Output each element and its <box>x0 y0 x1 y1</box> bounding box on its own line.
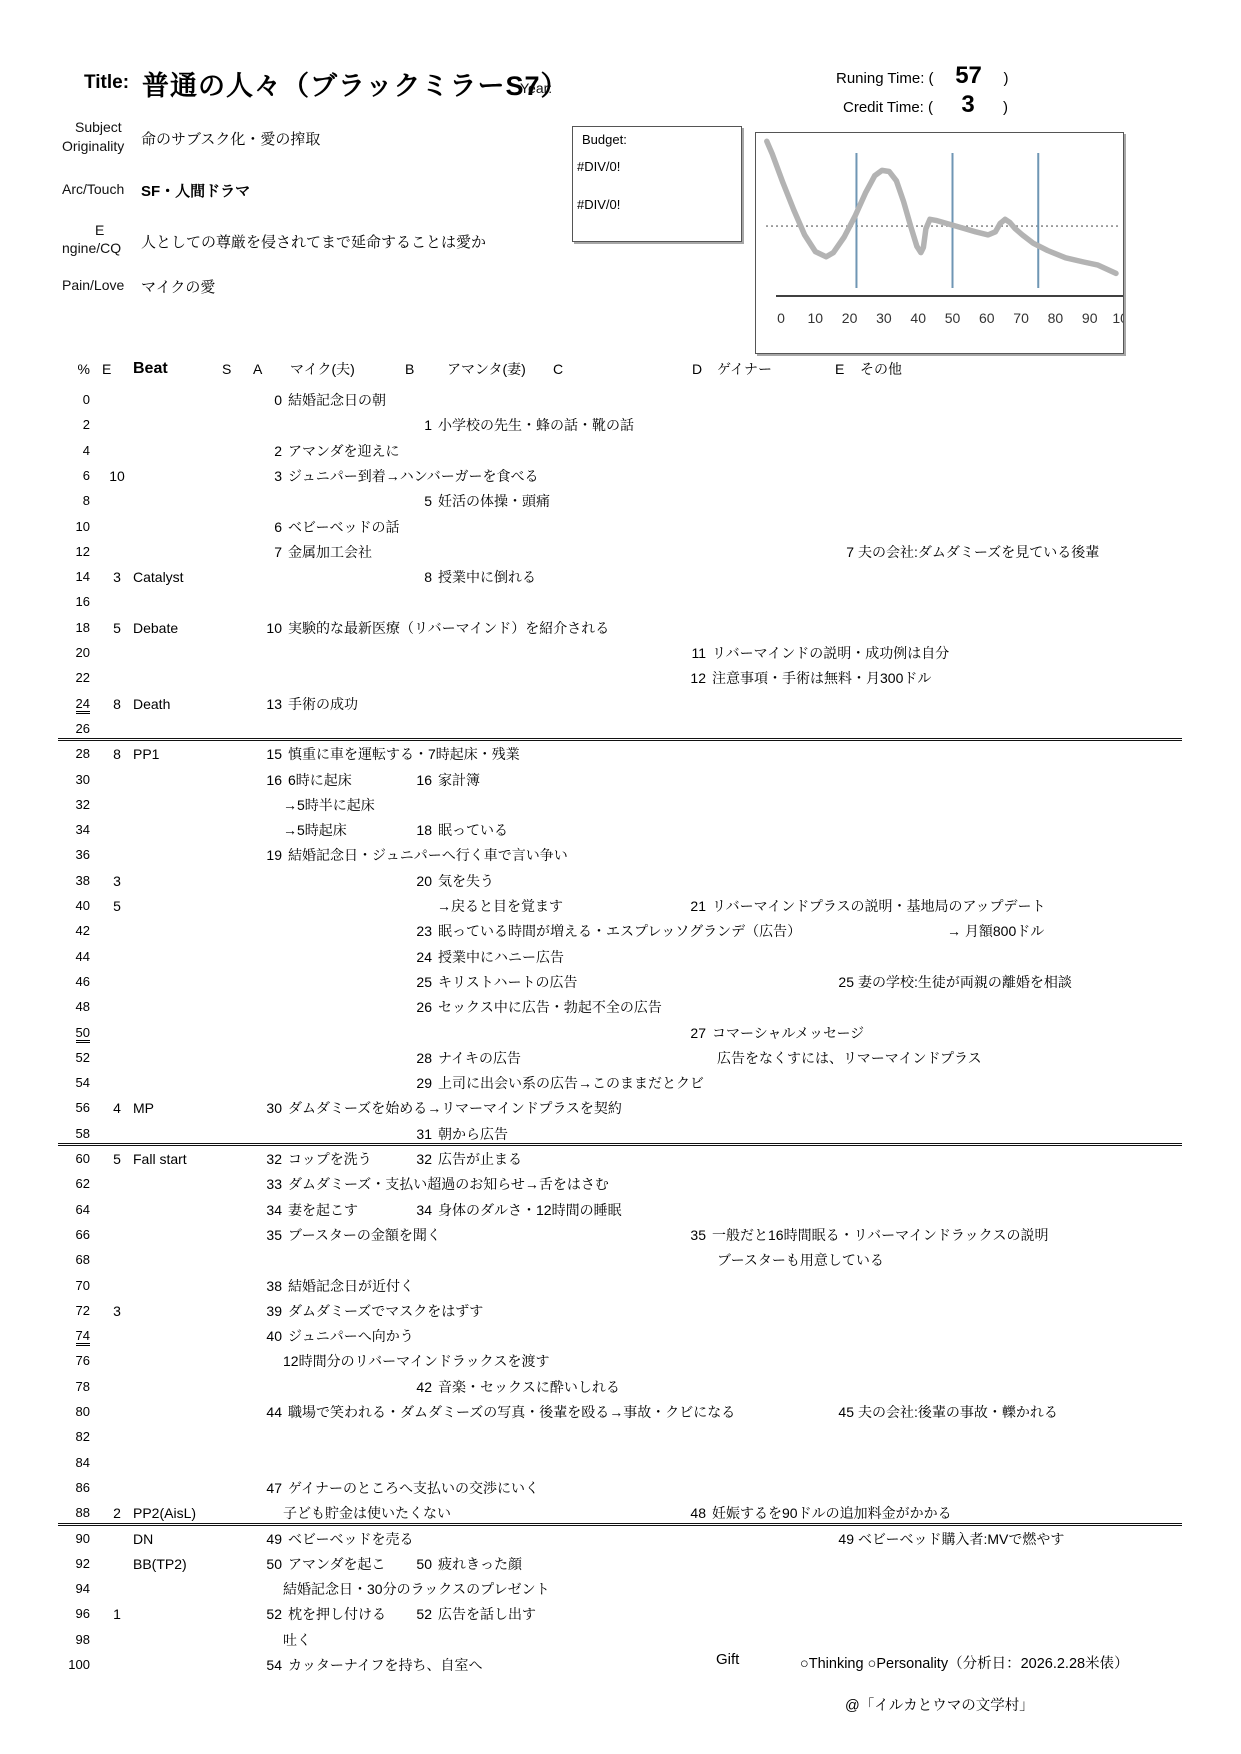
cell-number: 7 <box>824 541 854 563</box>
row-percent: 48 <box>58 996 90 1018</box>
table-row: 68ブースターも用意している <box>0 1249 1241 1271</box>
row-percent-value: 100 <box>68 1657 90 1672</box>
row-percent-value: 70 <box>76 1278 90 1293</box>
row-percent-value: 26 <box>76 721 90 736</box>
row-percent-value: 12 <box>76 544 90 559</box>
cell-a: ブースターの金額を聞く <box>288 1224 441 1246</box>
cell-b: 上司に出会い系の広告→このままだとクビ <box>438 1072 704 1094</box>
cell-b: 音楽・セックスに酔いしれる <box>438 1376 620 1398</box>
table-row: 85妊活の体操・頭痛 <box>0 490 1241 512</box>
table-row: 8044職場で笑われる・ダムダミーズの写真・後輩を殴る→事故・クビになる45夫の… <box>0 1401 1241 1423</box>
cell-b: 眠っている <box>438 819 508 841</box>
row-percent-value: 64 <box>76 1202 90 1217</box>
cell-d: リバーマインドの説明・成功例は自分 <box>712 642 949 664</box>
cell-a: ベビーベッドを売る <box>288 1528 413 1550</box>
cell-d: 妊娠するを90ドルの追加料金がかかる <box>712 1502 952 1524</box>
table-row: 248Death13手術の成功 <box>0 693 1241 715</box>
table-row: 7440ジュニパーへ向かう <box>0 1325 1241 1347</box>
cell-number: 42 <box>404 1376 432 1398</box>
row-percent-value: 90 <box>76 1531 90 1546</box>
row-percent: 74 <box>58 1325 90 1347</box>
row-percent: 18 <box>58 617 90 639</box>
cell-d: 一般だと16時間眠る・リバーマインドラックスの説明 <box>712 1224 1048 1246</box>
cell-number: 34 <box>254 1199 282 1221</box>
row-percent: 86 <box>58 1477 90 1499</box>
cell-number: 18 <box>404 819 432 841</box>
cell-b: 疲れきった顔 <box>438 1553 522 1575</box>
row-percent: 24 <box>58 693 90 715</box>
cell-a: ダムダミーズ・支払い超過のお知らせ→舌をはさむ <box>288 1173 609 1195</box>
row-percent: 66 <box>58 1224 90 1246</box>
row-percent: 98 <box>58 1629 90 1651</box>
column-header: A <box>253 358 262 380</box>
cell-b: 気を失う <box>438 870 494 892</box>
credit-time-close: ) <box>1003 99 1008 116</box>
row-beat-label: MP <box>133 1097 154 1119</box>
cell-number: 32 <box>254 1148 282 1170</box>
row-percent-value: 62 <box>76 1176 90 1191</box>
table-row: 4223眠っている時間が増える・エスプレッソグランデ（広告）→ 月額800ドル <box>0 920 1241 942</box>
row-percent: 34 <box>58 819 90 841</box>
cell-d: 注意事項・手術は無料・月300ドル <box>712 667 931 689</box>
row-percent: 84 <box>58 1452 90 1474</box>
column-header: Beat <box>133 358 168 380</box>
cell-number: 6 <box>254 516 282 538</box>
row-percent: 22 <box>58 667 90 689</box>
row-percent: 32 <box>58 794 90 816</box>
cell-bi: →戻ると目を覚ます <box>437 895 563 917</box>
engine-label-2: ngine/CQ <box>62 240 121 256</box>
cell-number: 20 <box>404 870 432 892</box>
row-percent-value: 50 <box>76 1025 90 1043</box>
cell-ai: 子ども貯金は使いたくない <box>283 1502 451 1524</box>
table-row: 32→5時半に起床 <box>0 794 1241 816</box>
chart-x-tick-label: 100 <box>1112 310 1124 326</box>
cell-a: 結婚記念日の朝 <box>288 389 386 411</box>
row-percent-value: 44 <box>76 949 90 964</box>
row-percent: 28 <box>58 743 90 765</box>
cell-number: 0 <box>254 389 282 411</box>
engine-value: 人としての尊厳を侵されてまで延命することは愛か <box>141 231 486 252</box>
table-row: 26 <box>0 718 1241 740</box>
row-percent: 52 <box>58 1047 90 1069</box>
row-percent-value: 52 <box>76 1050 90 1065</box>
cell-di: ブースターも用意している <box>717 1249 884 1271</box>
chart-x-tick-label: 50 <box>945 310 961 326</box>
row-percent-value: 84 <box>76 1455 90 1470</box>
table-row: 5228ナイキの広告広告をなくすには、リマーマインドプラス <box>0 1047 1241 1069</box>
cell-number: 40 <box>254 1325 282 1347</box>
cell-number: 47 <box>254 1477 282 1499</box>
cell-a: ダムダミーズでマスクをはずす <box>288 1300 483 1322</box>
cell-a: 金属加工会社 <box>288 541 372 563</box>
row-percent-value: 60 <box>76 1151 90 1166</box>
row-percent: 58 <box>58 1123 90 1145</box>
budget-value-2: #DIV/0! <box>577 197 620 212</box>
row-intensity: 4 <box>102 1097 132 1119</box>
cell-b: 妊活の体操・頭痛 <box>438 490 550 512</box>
row-percent: 44 <box>58 946 90 968</box>
row-intensity: 3 <box>102 870 132 892</box>
cell-number: 32 <box>404 1148 432 1170</box>
cell-b: 授業中に倒れる <box>438 566 536 588</box>
table-row: 2212注意事項・手術は無料・月300ドル <box>0 667 1241 689</box>
row-percent-value: 8 <box>83 493 90 508</box>
cell-a: ジュニパーへ向かう <box>288 1325 414 1347</box>
row-percent-value: 58 <box>76 1126 90 1141</box>
cell-number: 2 <box>254 440 282 462</box>
cell-b: キリストハートの広告 <box>438 971 577 993</box>
column-header: % <box>58 358 90 380</box>
row-beat-label: Death <box>133 693 170 715</box>
row-percent-value: 56 <box>76 1100 90 1115</box>
cell-number: 50 <box>404 1553 432 1575</box>
cell-number: 35 <box>254 1224 282 1246</box>
cell-b: ナイキの広告 <box>438 1047 521 1069</box>
table-row: 3619結婚記念日・ジュニパーへ行く車で言い争い <box>0 844 1241 866</box>
row-percent: 70 <box>58 1275 90 1297</box>
cell-number: 44 <box>254 1401 282 1423</box>
row-percent-value: 38 <box>76 873 90 888</box>
row-percent: 82 <box>58 1426 90 1448</box>
cell-a: 6時に起床 <box>288 769 352 791</box>
table-row: 94結婚記念日・30分のラックスのプレゼント <box>0 1578 1241 1600</box>
row-beat-label: DN <box>133 1528 153 1550</box>
row-percent-value: 46 <box>76 974 90 989</box>
table-row: 605Fall start32コップを洗う32広告が止まる <box>0 1148 1241 1170</box>
row-percent-value: 4 <box>83 443 90 458</box>
table-row: 7038結婚記念日が近付く <box>0 1275 1241 1297</box>
row-percent-value: 80 <box>76 1404 90 1419</box>
table-row: 5831朝から広告 <box>0 1123 1241 1145</box>
cell-d: コマーシャルメッセージ <box>712 1022 864 1044</box>
row-percent-value: 24 <box>76 696 90 714</box>
cell-number: 52 <box>404 1603 432 1625</box>
cell-b: 広告が止まる <box>438 1148 522 1170</box>
cell-b: 授業中にハニー広告 <box>438 946 564 968</box>
tension-curve-line <box>767 141 1116 273</box>
arc-value: SF・人間ドラマ <box>141 180 250 201</box>
cell-ai: 結婚記念日・30分のラックスのプレゼント <box>283 1578 550 1600</box>
running-time-label: Runing Time: ( <box>836 70 934 87</box>
table-row: 21小学校の先生・蜂の話・靴の話 <box>0 414 1241 436</box>
table-row: 4625キリストハートの広告25妻の学校:生徒が両親の離婚を相談 <box>0 971 1241 993</box>
table-header-row: %EBeatSAマイク(夫)Bアマンタ(妻)CDゲイナーEその他 <box>0 358 1241 380</box>
cell-number: 19 <box>254 844 282 866</box>
column-header: アマンタ(妻) <box>447 358 526 380</box>
table-row: 84 <box>0 1452 1241 1474</box>
budget-label: Budget: <box>582 132 627 147</box>
credit-time-value: 3 <box>933 91 1003 119</box>
row-percent-value: 88 <box>76 1505 90 1520</box>
table-row: 92BB(TP2)50アマンダを起こ50疲れきった顔 <box>0 1553 1241 1575</box>
row-percent: 38 <box>58 870 90 892</box>
chart-x-tick-label: 40 <box>910 310 926 326</box>
cell-number: 13 <box>254 693 282 715</box>
beat-sheet-page: Title: 普通の人々（ブラックミラーS7） Year: Runing Tim… <box>0 0 1241 1754</box>
year-label: Year: <box>520 80 552 96</box>
row-percent-value: 32 <box>76 797 90 812</box>
budget-box: Budget: #DIV/0! #DIV/0! <box>572 126 742 242</box>
row-percent: 90 <box>58 1528 90 1550</box>
table-row: 2011リバーマインドの説明・成功例は自分 <box>0 642 1241 664</box>
cell-number: 24 <box>404 946 432 968</box>
cell-number: 23 <box>404 920 432 942</box>
row-percent-value: 6 <box>83 468 90 483</box>
row-percent-value: 54 <box>76 1075 90 1090</box>
row-percent-value: 30 <box>76 772 90 787</box>
cell-number: 48 <box>678 1502 706 1524</box>
cell-number: 29 <box>404 1072 432 1094</box>
cell-ai: 12時間分のリバーマインドラックスを渡す <box>283 1350 549 1372</box>
table-row: 4424授業中にハニー広告 <box>0 946 1241 968</box>
row-percent: 46 <box>58 971 90 993</box>
row-percent-value: 22 <box>76 670 90 685</box>
row-percent: 12 <box>58 541 90 563</box>
table-row: 38320気を失う <box>0 870 1241 892</box>
table-row: 90DN49ベビーベッドを売る49ベビーベッド購入者:MVで燃やす <box>0 1528 1241 1550</box>
chart-x-tick-label: 60 <box>979 310 995 326</box>
row-intensity: 8 <box>102 743 132 765</box>
cell-number: 25 <box>824 971 854 993</box>
row-intensity: 2 <box>102 1502 132 1524</box>
cell-number: 31 <box>404 1123 432 1145</box>
cell-number: 50 <box>254 1553 282 1575</box>
act-separator-line <box>58 738 1182 741</box>
cell-ai: 吐く <box>283 1629 311 1651</box>
cell-number: 30 <box>254 1097 282 1119</box>
row-beat-label: PP2(AisL) <box>133 1502 196 1524</box>
table-row: 7612時間分のリバーマインドラックスを渡す <box>0 1350 1241 1372</box>
row-percent: 20 <box>58 642 90 664</box>
cell-a: ジュニパー到着→ハンバーガーを食べる <box>288 465 538 487</box>
row-percent-value: 40 <box>76 898 90 913</box>
column-header: E <box>102 358 111 380</box>
row-percent: 8 <box>58 490 90 512</box>
row-percent: 4 <box>58 440 90 462</box>
cell-a: 手術の成功 <box>288 693 358 715</box>
row-percent: 26 <box>58 718 90 740</box>
row-percent: 64 <box>58 1199 90 1221</box>
cell-number: 21 <box>678 895 706 917</box>
act-separator-line <box>58 1523 1182 1526</box>
cell-number: 7 <box>254 541 282 563</box>
row-percent: 10 <box>58 516 90 538</box>
arc-label: Arc/Touch <box>62 181 124 197</box>
column-header: ゲイナー <box>717 358 772 380</box>
row-percent-value: 76 <box>76 1353 90 1368</box>
cell-b: 身体のダルさ・12時間の睡眠 <box>438 1199 622 1221</box>
cell-a: ゲイナーのところへ支払いの交渉にいく <box>288 1477 539 1499</box>
row-percent: 40 <box>58 895 90 917</box>
table-row: 42アマンダを迎えに <box>0 440 1241 462</box>
gift-label: Gift <box>716 1651 739 1668</box>
row-intensity: 1 <box>102 1603 132 1625</box>
column-header: C <box>553 358 563 380</box>
cell-a: 慎重に車を運転する・7時起床・残業 <box>288 743 520 765</box>
table-row: 6635ブースターの金額を聞く35一般だと16時間眠る・リバーマインドラックスの… <box>0 1224 1241 1246</box>
row-percent-value: 0 <box>83 392 90 407</box>
row-beat-label: PP1 <box>133 743 159 765</box>
cell-ai: →5時起床 <box>283 819 347 841</box>
row-percent: 2 <box>58 414 90 436</box>
column-header: その他 <box>860 358 902 380</box>
cell-number: 45 <box>824 1401 854 1423</box>
table-row: 98吐く <box>0 1629 1241 1651</box>
cell-number: 38 <box>254 1275 282 1297</box>
studio-credit: @「イルカとウマの文学村」 <box>845 1694 1034 1715</box>
table-row: 72339ダムダミーズでマスクをはずす <box>0 1300 1241 1322</box>
cell-number: 35 <box>678 1224 706 1246</box>
cell-a: カッターナイフを持ち、自室へ <box>288 1654 482 1676</box>
chart-x-tick-label: 30 <box>876 310 892 326</box>
cell-d: リバーマインドプラスの説明・基地局のアップデート <box>712 895 1045 917</box>
row-percent: 62 <box>58 1173 90 1195</box>
row-percent-value: 36 <box>76 847 90 862</box>
table-row: 16 <box>0 591 1241 613</box>
row-percent: 36 <box>58 844 90 866</box>
column-header: E <box>835 358 844 380</box>
table-row: 6434妻を起こす34身体のダルさ・12時間の睡眠 <box>0 1199 1241 1221</box>
running-time: Runing Time: (57) <box>836 62 1009 90</box>
row-percent: 100 <box>58 1654 90 1676</box>
cell-number: 25 <box>404 971 432 993</box>
row-percent: 92 <box>58 1553 90 1575</box>
cell-b: 家計簿 <box>438 769 480 791</box>
cell-number: 26 <box>404 996 432 1018</box>
chart-x-tick-label: 10 <box>808 310 824 326</box>
row-percent: 78 <box>58 1376 90 1398</box>
row-percent-value: 14 <box>76 569 90 584</box>
row-percent-value: 18 <box>76 620 90 635</box>
row-intensity: 3 <box>102 1300 132 1322</box>
row-beat-label: Fall start <box>133 1148 187 1170</box>
row-percent-value: 34 <box>76 822 90 837</box>
engine-label-1: E <box>95 222 104 238</box>
cell-a: 結婚記念日が近付く <box>288 1275 414 1297</box>
row-intensity: 5 <box>102 1148 132 1170</box>
table-row: 30166時に起床16家計簿 <box>0 769 1241 791</box>
cell-far: → 月額800ドル <box>947 920 1044 942</box>
row-percent-value: 10 <box>76 519 90 534</box>
table-row: 6103ジュニパー到着→ハンバーガーを食べる <box>0 465 1241 487</box>
row-percent-value: 28 <box>76 746 90 761</box>
tension-chart: 0102030405060708090100 <box>756 133 1124 353</box>
row-percent: 50 <box>58 1022 90 1044</box>
row-percent-value: 20 <box>76 645 90 660</box>
cell-number: 28 <box>404 1047 432 1069</box>
row-percent: 96 <box>58 1603 90 1625</box>
row-intensity: 10 <box>102 465 132 487</box>
cell-a: アマンダを起こ <box>288 1553 385 1575</box>
column-header: マイク(夫) <box>290 358 355 380</box>
row-percent: 88 <box>58 1502 90 1524</box>
row-percent: 76 <box>58 1350 90 1372</box>
cell-number: 3 <box>254 465 282 487</box>
cell-number: 54 <box>254 1654 282 1676</box>
table-row: 4826セックス中に広告・勃起不全の広告 <box>0 996 1241 1018</box>
row-percent-value: 66 <box>76 1227 90 1242</box>
act-separator-line <box>58 1143 1182 1146</box>
cell-o: 夫の会社:後輩の事故・轢かれる <box>858 1401 1058 1423</box>
cell-b: 小学校の先生・蜂の話・靴の話 <box>438 414 634 436</box>
title-label: Title: <box>84 72 129 94</box>
cell-b: セックス中に広告・勃起不全の広告 <box>438 996 662 1018</box>
row-percent-value: 48 <box>76 999 90 1014</box>
cell-a: コップを洗う <box>288 1148 372 1170</box>
table-row: 34→5時起床18眠っている <box>0 819 1241 841</box>
cell-number: 34 <box>404 1199 432 1221</box>
cell-a: 結婚記念日・ジュニパーへ行く車で言い争い <box>288 844 568 866</box>
table-row: 5429上司に出会い系の広告→このままだとクビ <box>0 1072 1241 1094</box>
row-percent-value: 68 <box>76 1252 90 1267</box>
chart-x-tick-label: 20 <box>842 310 858 326</box>
cell-number: 15 <box>254 743 282 765</box>
row-percent-value: 42 <box>76 923 90 938</box>
cell-number: 10 <box>254 617 282 639</box>
table-row: 106ベビーベッドの話 <box>0 516 1241 538</box>
row-percent: 6 <box>58 465 90 487</box>
chart-x-tick-label: 80 <box>1048 310 1064 326</box>
row-percent-value: 98 <box>76 1632 90 1647</box>
row-percent-value: 82 <box>76 1429 90 1444</box>
table-row: 96152枕を押し付ける52広告を話し出す <box>0 1603 1241 1625</box>
gift-analysis-text: ○Thinking ○Personality（分析日：2026.2.28米俵） <box>800 1652 1129 1673</box>
cell-number: 27 <box>678 1022 706 1044</box>
row-beat-label: Debate <box>133 617 178 639</box>
cell-number: 8 <box>404 566 432 588</box>
column-header: D <box>692 358 702 380</box>
subject-label-1: Subject <box>75 119 122 135</box>
cell-number: 16 <box>404 769 432 791</box>
column-header: B <box>405 358 414 380</box>
cell-a: アマンダを迎えに <box>288 440 399 462</box>
chart-x-tick-label: 0 <box>777 310 785 326</box>
table-row: 00結婚記念日の朝 <box>0 389 1241 411</box>
subject-label-2: Originality <box>62 138 124 154</box>
cell-a: ベビーベッドの話 <box>288 516 399 538</box>
row-intensity: 5 <box>102 895 132 917</box>
row-percent: 68 <box>58 1249 90 1271</box>
tension-chart-box: 0102030405060708090100 <box>755 132 1124 354</box>
chart-x-tick-label: 90 <box>1082 310 1098 326</box>
table-row: 5027コマーシャルメッセージ <box>0 1022 1241 1044</box>
row-beat-label: BB(TP2) <box>133 1553 187 1575</box>
table-row: 82 <box>0 1426 1241 1448</box>
row-percent-value: 94 <box>76 1581 90 1596</box>
pain-value: マイクの愛 <box>141 276 215 297</box>
cell-number: 52 <box>254 1603 282 1625</box>
cell-b: 眠っている時間が増える・エスプレッソグランデ（広告） <box>438 920 801 942</box>
row-intensity: 3 <box>102 566 132 588</box>
table-row: 882PP2(AisL)子ども貯金は使いたくない48妊娠するを90ドルの追加料金… <box>0 1502 1241 1524</box>
row-percent: 16 <box>58 591 90 613</box>
row-percent-value: 2 <box>83 417 90 432</box>
table-row: 405→戻ると目を覚ます21リバーマインドプラスの説明・基地局のアップデート <box>0 895 1241 917</box>
row-percent-value: 74 <box>76 1328 90 1346</box>
cell-number: 5 <box>404 490 432 512</box>
cell-number: 16 <box>254 769 282 791</box>
cell-number: 11 <box>678 642 706 664</box>
row-percent: 54 <box>58 1072 90 1094</box>
cell-number: 1 <box>404 414 432 436</box>
row-percent-value: 72 <box>76 1303 90 1318</box>
row-percent: 80 <box>58 1401 90 1423</box>
cell-number: 33 <box>254 1173 282 1195</box>
cell-number: 49 <box>254 1528 282 1550</box>
row-beat-label: Catalyst <box>133 566 184 588</box>
row-percent: 30 <box>58 769 90 791</box>
